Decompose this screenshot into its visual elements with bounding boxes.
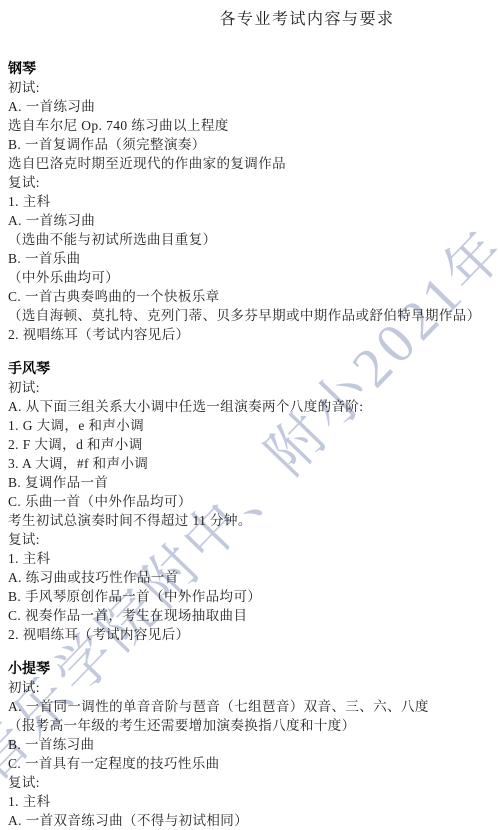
page-title: 各专业考试内容与要求 [0,0,498,31]
section-heading: 手风琴 [8,359,498,378]
text-line: 1. 主科 [8,192,498,211]
section-accordion: 手风琴初试:A. 从下面三组关系大小调中任选一组演奏两个八度的音阶:1. G 大… [8,359,498,644]
text-line: （报考高一年级的考生还需要增加演奏换指八度和十度） [8,716,498,735]
text-line: A. 一首同一调性的单音音阶与琶音（七组琶音）双音、三、六、八度 [8,697,498,716]
text-line: A. 从下面三组关系大小调中任选一组演奏两个八度的音阶: [8,397,498,416]
text-line: 初试: [8,78,498,97]
text-line: 选自巴洛克时期至近现代的作曲家的复调作品 [8,154,498,173]
text-line: 复试: [8,173,498,192]
text-line: A. 一首练习曲 [8,97,498,116]
text-line: C. 视奏作品一首，考生在现场抽取曲目 [8,606,498,625]
text-line: 1. G 大调，e 和声小调 [8,416,498,435]
text-line: C. 一首古典奏鸣曲的一个快板乐章 [8,287,498,306]
text-line: B. 手风琴原创作品一首（中外作品均可） [8,587,498,606]
text-line: C. 一首具有一定程度的技巧性乐曲 [8,754,498,773]
section-heading: 钢琴 [8,59,498,78]
document-page: 音乐学院附中、附小2021年 各专业考试内容与要求 钢琴初试:A. 一首练习曲选… [0,0,498,830]
text-line: B. 一首练习曲 [8,735,498,754]
text-line: A. 一首练习曲 [8,211,498,230]
text-line: C. 乐曲一首（中外作品均可） [8,492,498,511]
text-line: 初试: [8,378,498,397]
section-heading: 小提琴 [8,659,498,678]
text-line: B. 复调作品一首 [8,473,498,492]
text-line: （选自海顿、莫扎特、克列门蒂、贝多芬早期或中期作品或舒伯特早期作品） [8,306,498,325]
text-line: 2. 视唱练耳（考试内容见后） [8,325,498,344]
text-line: 1. 主科 [8,792,498,811]
section-piano: 钢琴初试:A. 一首练习曲选自车尔尼 Op. 740 练习曲以上程度B. 一首复… [8,59,498,344]
text-line: 考生初试总演奏时间不得超过 11 分钟。 [8,511,498,530]
document-body: 钢琴初试:A. 一首练习曲选自车尔尼 Op. 740 练习曲以上程度B. 一首复… [0,31,498,830]
text-line: A. 一首双音练习曲（不得与初试相同） [8,811,498,830]
text-line: （选曲不能与初试所选曲目重复） [8,230,498,249]
text-line: B. 一首乐曲 [8,249,498,268]
text-line: 1. 主科 [8,549,498,568]
text-line: A. 练习曲或技巧性作品一首 [8,568,498,587]
text-line: 2. 视唱练耳（考试内容见后） [8,625,498,644]
text-line: 初试: [8,678,498,697]
text-line: 选自车尔尼 Op. 740 练习曲以上程度 [8,116,498,135]
text-line: （中外乐曲均可） [8,268,498,287]
text-line: 2. F 大调，d 和声小调 [8,435,498,454]
section-violin: 小提琴初试:A. 一首同一调性的单音音阶与琶音（七组琶音）双音、三、六、八度（报… [8,659,498,830]
text-line: 复试: [8,530,498,549]
text-line: 复试: [8,773,498,792]
text-line: B. 一首复调作品（须完整演奏） [8,135,498,154]
text-line: 3. A 大调，#f 和声小调 [8,454,498,473]
